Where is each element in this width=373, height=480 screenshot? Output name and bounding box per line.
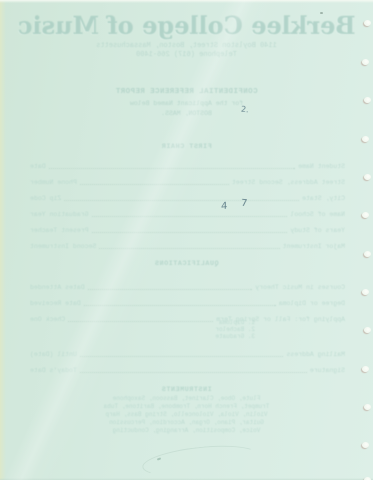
footer-heading-ghost: INSTRUMENTS: [0, 386, 373, 394]
form-row-end-label: Dates Attended: [30, 284, 85, 291]
section-a-rows-ghost: Student Name Date Street Address, Second…: [30, 160, 345, 256]
form-row: Applying for: Fall or Spring Term Check …: [30, 313, 345, 323]
form-row: Years of Study Present Teacher: [30, 224, 345, 234]
checklist-item: 3. Graduate: [215, 333, 255, 340]
footer-list-line: Violin, Viola, Violoncello, String Bass,…: [0, 411, 373, 419]
punch-hole: [364, 251, 371, 257]
form-row-end-label: Date Received: [30, 300, 81, 307]
form-row-end-label: Phone Number: [30, 179, 77, 186]
form-location-ghost: BOSTON, MASS.: [0, 110, 373, 117]
punch-hole: [362, 136, 369, 142]
form-row: City, State Zip Code: [30, 192, 345, 202]
form-row: Signature Today's Date: [30, 364, 345, 374]
section-b-lower-rows-ghost: Mailing Address Until (Date) Signature T…: [30, 348, 345, 380]
letterhead-phone-ghost: Telephone (617) 266-1400: [0, 51, 373, 59]
form-row-end-label: Check One: [30, 316, 65, 323]
punch-hole: [362, 366, 369, 372]
form-row-label: Student Name: [298, 163, 345, 170]
pencil-mark-right: 7: [241, 198, 248, 210]
form-row-label: Mailing Address: [286, 351, 345, 358]
dotted-leader: [80, 355, 284, 357]
form-row: Student Name Date: [30, 160, 345, 170]
scanned-page: Berklee College of Music 1140 Boylston S…: [0, 0, 373, 480]
punch-hole: [362, 442, 369, 448]
form-row-end-label: Until (Date): [30, 351, 77, 358]
dotted-leader: [64, 199, 299, 201]
form-row-label: Signature: [310, 367, 345, 374]
pencil-mark-left: 4: [221, 201, 227, 213]
punch-hole: [364, 404, 371, 410]
form-subtitle-ghost: for the Applicant Named Below: [0, 100, 373, 107]
form-row-label: Name of School: [290, 211, 345, 218]
form-row-label: Courses in Music Theory: [255, 284, 345, 291]
form-row-label: Years of Study: [290, 227, 345, 234]
form-title-ghost: CONFIDENTIAL REFERENCE REPORT: [0, 88, 373, 96]
letterhead-address-ghost: 1140 Boylston Street, Boston, Massachuse…: [0, 42, 373, 50]
dotted-leader: [68, 320, 213, 322]
form-row-end-label: Second Instrument: [30, 243, 96, 250]
form-row-label: City, State: [302, 195, 345, 202]
punch-hole: [364, 97, 371, 103]
dotted-leader: [92, 231, 288, 233]
dotted-leader: [80, 371, 307, 373]
punch-hole: [364, 327, 371, 333]
punch-hole: [364, 20, 371, 26]
dotted-leader: [99, 247, 279, 249]
dotted-leader: [88, 288, 253, 290]
footer-list-ghost: Flute, Oboe, Clarinet, Bassoon, Saxophon…: [0, 395, 373, 435]
dotted-leader: [84, 304, 276, 306]
dotted-leader: [49, 167, 296, 169]
punch-hole: [362, 212, 369, 218]
footer-list-line: Voice, Composition, Arranging, Conductin…: [0, 427, 373, 435]
form-row-end-label: Date: [30, 163, 46, 170]
section-b-heading-ghost: QUALIFICATIONS: [0, 260, 373, 268]
pencil-note: 2.: [240, 105, 249, 115]
section-b-rows-ghost: Courses in Music Theory Dates Attended D…: [30, 281, 345, 329]
form-row: Major Instrument Second Instrument: [30, 240, 345, 250]
checklist-ghost: 1. Diploma 2. Bachelor 3. Graduate: [215, 319, 255, 340]
checklist-item: 1. Diploma: [215, 319, 255, 326]
form-row: Mailing Address Until (Date): [30, 348, 345, 358]
form-row-end-label: Today's Date: [30, 367, 77, 374]
form-row: Name of School Graduation Year: [30, 208, 345, 218]
punch-hole: [362, 289, 369, 295]
section-a-heading-ghost: FIRST CHAIR: [0, 143, 373, 151]
checklist-item: 2. Bachelor: [215, 326, 255, 333]
form-row-label: Degree or Diploma: [279, 300, 345, 307]
punch-hole: [362, 59, 369, 65]
form-row: Street Address, Second Street Phone Numb…: [30, 176, 345, 186]
form-row-label: Major Instrument: [283, 243, 345, 250]
ink-speck: [320, 12, 323, 14]
bleed-through-layer: Berklee College of Music 1140 Boylston S…: [0, 0, 373, 480]
form-row: Courses in Music Theory Dates Attended: [30, 281, 345, 291]
footer-list-line: Guitar, Piano, Organ, Accordion, Percuss…: [0, 419, 373, 427]
form-row-end-label: Graduation Year: [30, 211, 89, 218]
dotted-leader: [80, 183, 229, 185]
form-row-end-label: Present Teacher: [30, 227, 89, 234]
footer-list-line: Flute, Oboe, Clarinet, Bassoon, Saxophon…: [0, 395, 373, 403]
punch-hole: [364, 174, 371, 180]
school-name-ghost: Berklee College of Music: [0, 11, 373, 40]
form-row: Degree or Diploma Date Received: [30, 297, 345, 307]
dotted-leader: [92, 215, 288, 217]
form-row-label: Street Address, Second Street: [232, 179, 345, 186]
footer-list-line: Trumpet, French Horn, Trombone, Baritone…: [0, 403, 373, 411]
form-row-end-label: Zip Code: [30, 195, 61, 202]
